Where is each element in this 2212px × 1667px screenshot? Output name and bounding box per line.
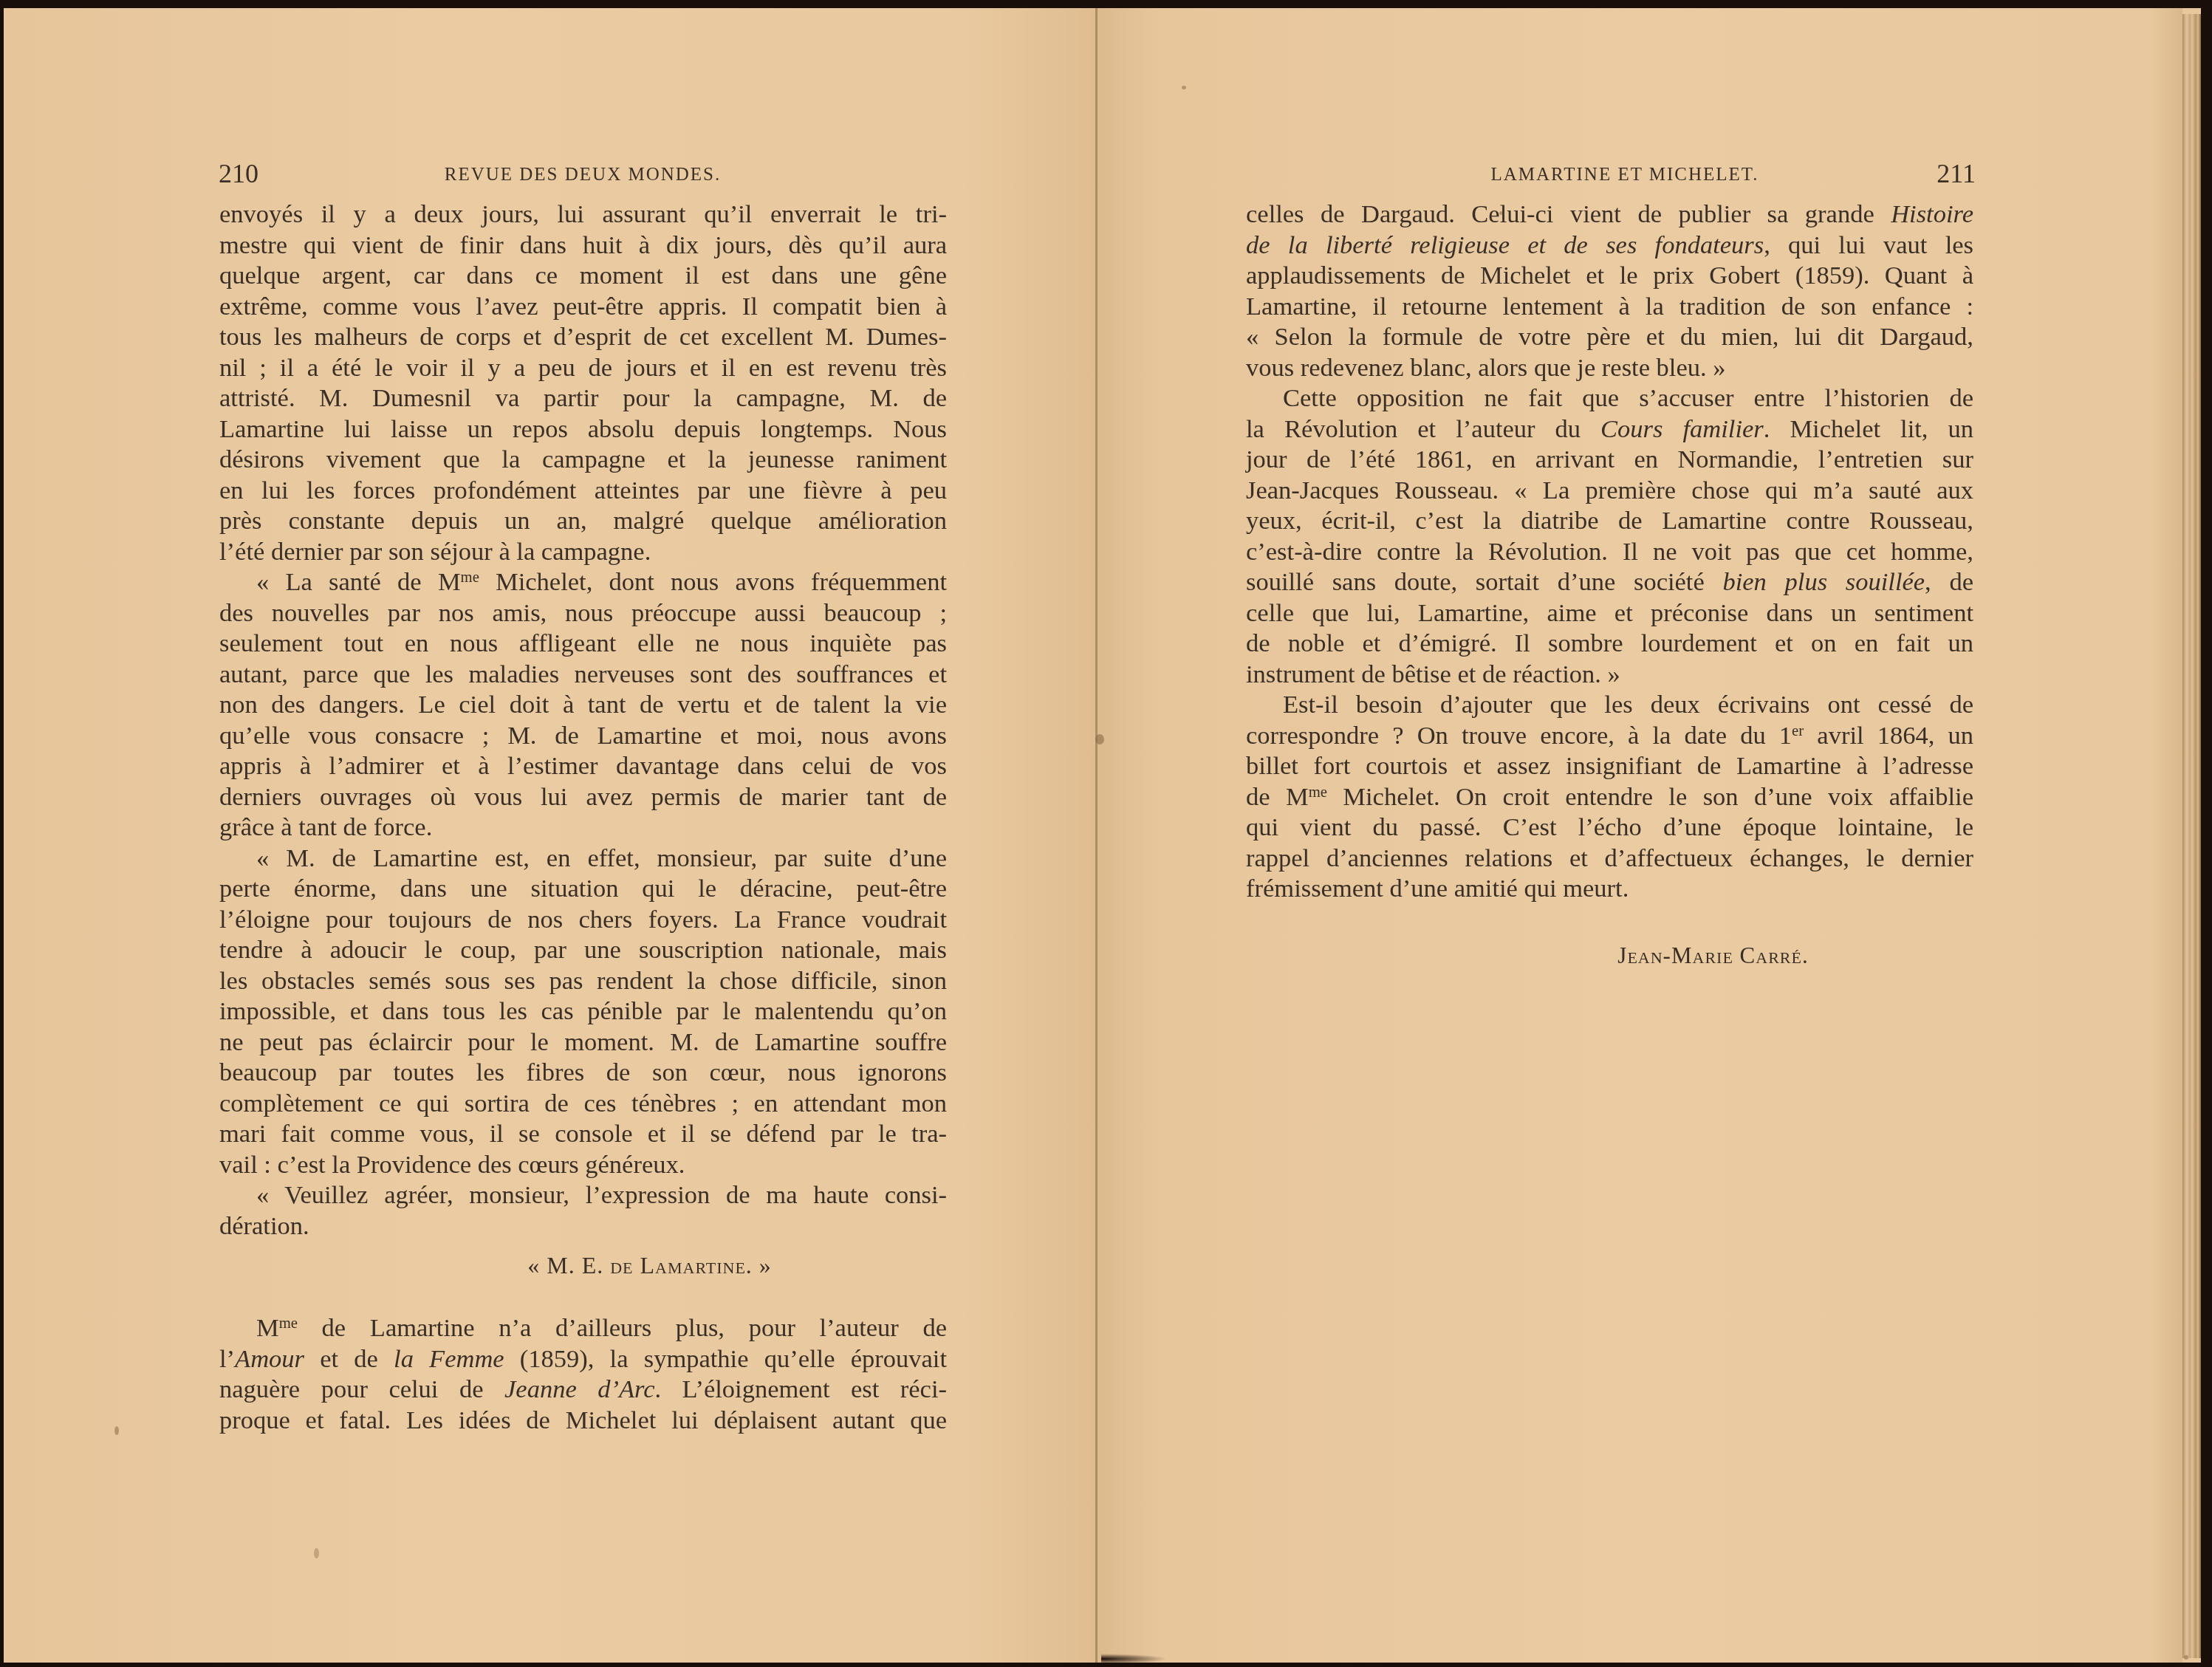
letter-signature-block: « M. E. de Lamartine. » <box>219 1250 947 1281</box>
author-signature: Jean-Marie Carré. <box>1246 940 1973 971</box>
left-closing-paragraph: Mme de Lamartine n’a d’ailleurs plus, po… <box>219 1313 947 1436</box>
text-line: correspondre ? On trouve encore, à la da… <box>1246 721 1973 752</box>
paper-speck <box>1182 86 1186 89</box>
text-line: « Veuillez agréer, monsieur, l’expressio… <box>219 1180 947 1211</box>
running-head-left: Revue des deux mondes. <box>428 159 738 191</box>
text-line: Est-il besoin d’ajouter que les deux écr… <box>1246 690 1973 721</box>
text-line: envoyés il y a deux jours, lui assurant … <box>219 199 947 230</box>
paper-speck <box>2184 1655 2188 1660</box>
text-line: désirons vivement que la campagne et la … <box>219 445 947 476</box>
book-gutter <box>1095 8 1098 1663</box>
text-line: complètement ce qui sortira de ces ténèb… <box>219 1089 947 1120</box>
text-line: mari fait comme vous, il se console et i… <box>219 1119 947 1150</box>
text-line: attristé. M. Dumesnil va partir pour la … <box>219 383 947 414</box>
gutter-shadow <box>1101 1654 1168 1664</box>
text-line: celle que lui, Lamartine, aime et précon… <box>1246 598 1973 629</box>
text-line: dération. <box>219 1211 947 1242</box>
paper-speck <box>114 1426 119 1435</box>
text-line: frémissement d’une amitié qui meurt. <box>1246 874 1973 905</box>
running-head-right: Lamartine et Michelet. <box>1462 159 1787 191</box>
text-line: Jean-Jacques Rousseau. « La première cho… <box>1246 476 1973 507</box>
text-line: les obstacles semés sous ses pas rendent… <box>219 966 947 997</box>
text-line: jour de l’été 1861, en arrivant en Norma… <box>1246 445 1973 476</box>
text-line: de noble et d’émigré. Il sombre lourdeme… <box>1246 629 1973 660</box>
text-line: c’est-à-dire contre la Révolution. Il ne… <box>1246 537 1973 568</box>
left-page-body: envoyés il y a deux jours, lui assurant … <box>219 199 947 1242</box>
text-line: en lui les forces profondément atteintes… <box>219 476 947 507</box>
text-line: Lamartine lui laisse un repos absolu dep… <box>219 414 947 445</box>
text-line: impossible, et dans tous les cas pénible… <box>219 996 947 1027</box>
text-line: Cette opposition ne fait que s’accuser e… <box>1246 383 1973 414</box>
text-line: applaudissements de Michelet et le prix … <box>1246 261 1973 292</box>
page-number-right: 211 <box>1930 156 1976 191</box>
paper-speck <box>314 1548 319 1558</box>
text-line: perte énorme, dans une situation qui le … <box>219 874 947 905</box>
text-line: l’été dernier par son séjour à la campag… <box>219 537 947 568</box>
text-line: de Mme Michelet. On croit entendre le so… <box>1246 782 1973 813</box>
text-line: grâce à tant de force. <box>219 812 947 843</box>
text-line: souillé sans doute, sortait d’une sociét… <box>1246 567 1973 598</box>
text-line: rappel d’anciennes relations et d’affect… <box>1246 843 1973 874</box>
text-line: qu’elle vous consacre ; M. de Lamartine … <box>219 721 947 752</box>
text-line: l’éloigne pour toujours de nos chers foy… <box>219 905 947 936</box>
book-spread: 210 Revue des deux mondes. envoyés il y … <box>4 8 2201 1663</box>
text-line: appris à l’admirer et à l’estimer davant… <box>219 751 947 782</box>
text-line: tendre à adoucir le coup, par une souscr… <box>219 935 947 966</box>
page-number-left: 210 <box>219 156 258 191</box>
text-line: « La santé de Mme Michelet, dont nous av… <box>219 567 947 598</box>
right-page-body: celles de Dargaud. Celui-ci vient de pub… <box>1246 199 1973 905</box>
text-line: naguère pour celui de Jeanne d’Arc. L’él… <box>219 1375 947 1406</box>
text-line: quelque argent, car dans ce moment il es… <box>219 261 947 292</box>
text-line: instrument de bêtise et de réaction. » <box>1246 660 1973 691</box>
text-line: la Révolution et l’auteur du Cours famil… <box>1246 414 1973 445</box>
text-line: Mme de Lamartine n’a d’ailleurs plus, po… <box>219 1313 947 1344</box>
text-line: extrême, comme vous l’avez peut-être app… <box>219 292 947 323</box>
text-line: derniers ouvrages où vous lui avez permi… <box>219 782 947 813</box>
text-line: proque et fatal. Les idées de Michelet l… <box>219 1406 947 1437</box>
text-line: des nouvelles par nos amis, nous préoccu… <box>219 598 947 629</box>
text-line: beaucoup par toutes les fibres de son cœ… <box>219 1058 947 1089</box>
text-line: seulement tout en nous affligeant elle n… <box>219 629 947 660</box>
text-line: non des dangers. Le ciel doit à tant de … <box>219 690 947 721</box>
text-line: billet fort courtois et assez insignifia… <box>1246 751 1973 782</box>
text-line: mestre qui vient de finir dans huit à di… <box>219 230 947 261</box>
text-line: autant, parce que les maladies nerveuses… <box>219 660 947 691</box>
text-line: vail : c’est la Providence des cœurs gén… <box>219 1150 947 1181</box>
author-signature-block: Jean-Marie Carré. <box>1246 940 1973 971</box>
text-line: Lamartine, il retourne lentement à la tr… <box>1246 292 1973 323</box>
text-line: près constante depuis un an, malgré quel… <box>219 506 947 537</box>
text-line: « M. de Lamartine est, en effet, monsieu… <box>219 843 947 874</box>
text-line: ne peut pas éclaircir pour le moment. M.… <box>219 1027 947 1058</box>
text-line: qui vient du passé. C’est l’écho d’une é… <box>1246 812 1973 843</box>
text-line: vous redevenez blanc, alors que je reste… <box>1246 353 1973 384</box>
text-line: tous les malheurs de corps et d’esprit d… <box>219 322 947 353</box>
text-line: l’Amour et de la Femme (1859), la sympat… <box>219 1344 947 1375</box>
paper-speck <box>1095 734 1104 744</box>
text-line: yeux, écrit-il, c’est la diatribe de Lam… <box>1246 506 1973 537</box>
page-edges <box>2182 14 2201 1658</box>
letter-signature: « M. E. de Lamartine. » <box>219 1250 947 1281</box>
text-line: « Selon la formule de votre père et du m… <box>1246 322 1973 353</box>
text-line: celles de Dargaud. Celui-ci vient de pub… <box>1246 199 1973 230</box>
text-line: de la liberté religieuse et de ses fonda… <box>1246 230 1973 261</box>
text-line: nil ; il a été le voir il y a peu de jou… <box>219 353 947 384</box>
